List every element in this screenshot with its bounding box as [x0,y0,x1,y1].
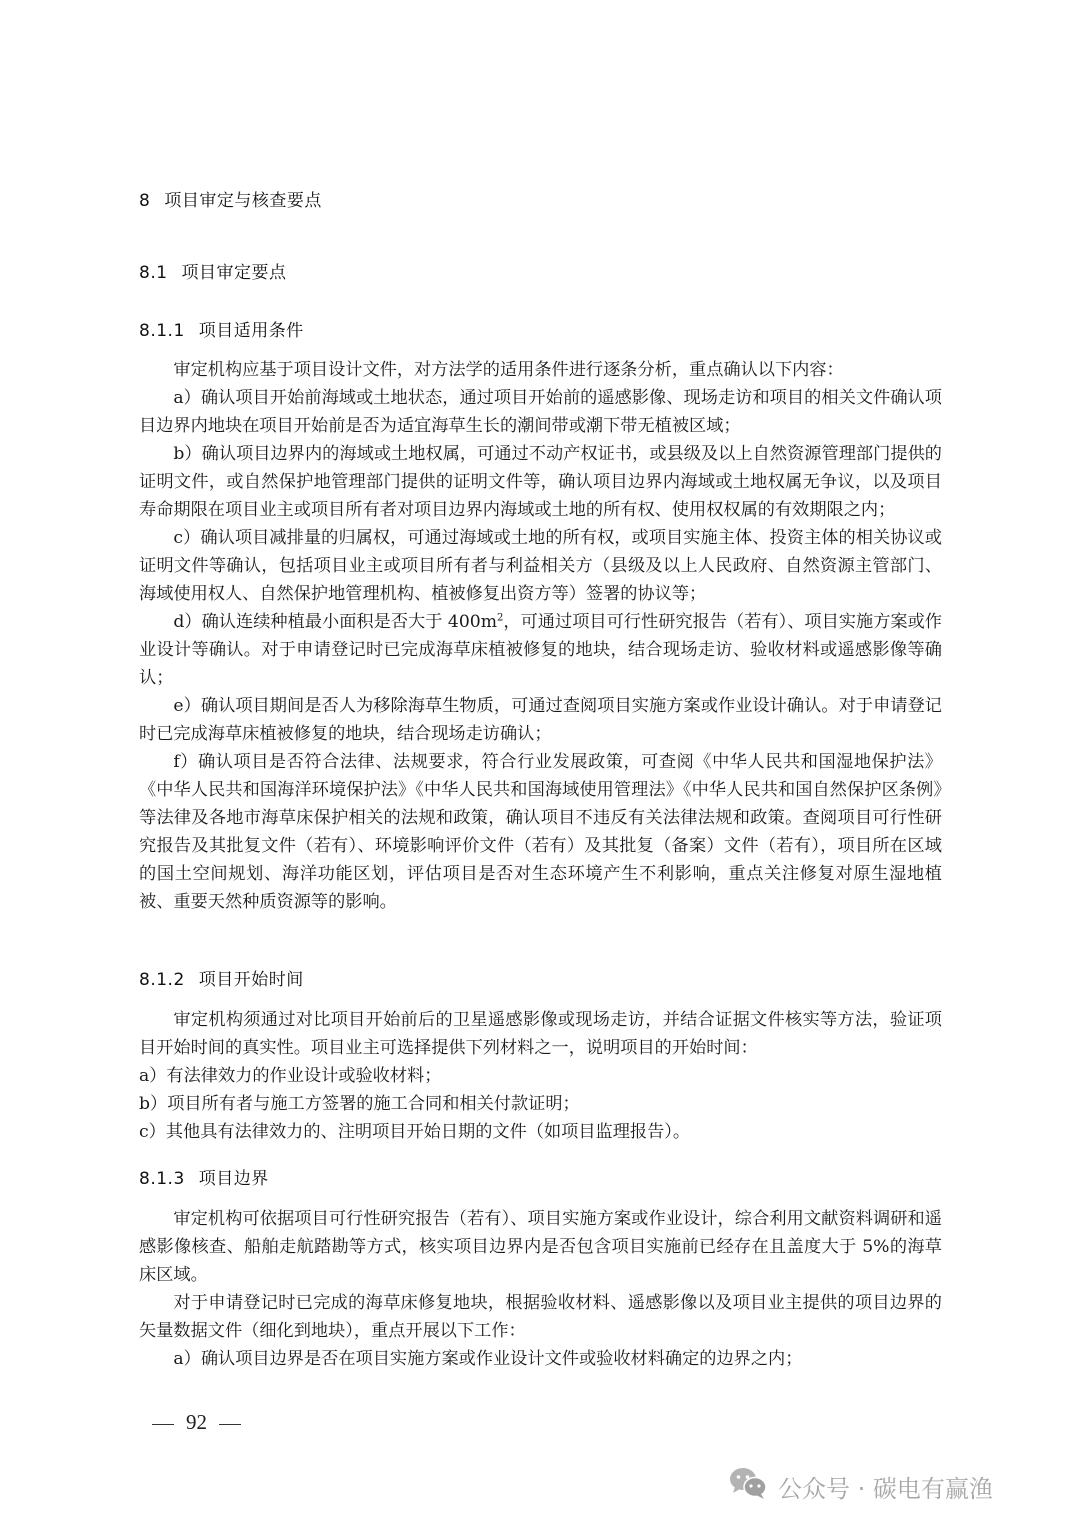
dash-right [219,1424,241,1425]
heading-number: 8.1 [139,263,168,283]
paragraph-2: 对于申请登记时已完成的海草床修复地块，根据验收材料、遥感影像以及项目业主提供的项… [139,1289,942,1345]
list-item-a: a）确认项目边界是否在项目实施方案或作业设计文件或验收材料确定的边界之内； [139,1345,942,1373]
list-item-b: b）项目所有者与施工方签署的施工合同和相关付款证明； [139,1090,942,1118]
heading-title: 项目开始时间 [199,970,304,990]
list-item-a: a）有法律效力的作业设计或验收材料； [139,1062,942,1090]
wechat-icon [728,1466,778,1506]
list-item-c: c）确认项目减排量的归属权，可通过海域或土地的所有权，或项目实施主体、投资主体的… [139,524,942,608]
heading-title: 项目审定与核查要点 [164,191,322,211]
list-item-a: a）确认项目开始前海域或土地状态，通过项目开始前的遥感影像、现场走访和项目的相关… [139,384,942,440]
heading-title: 项目审定要点 [182,263,287,283]
page-number-value: 92 [186,1410,207,1434]
list-item-e: e）确认项目期间是否人为移除海草生物质，可通过查阅项目实施方案或作业设计确认。对… [139,692,942,748]
heading-8: 8项目审定与核查要点 [139,186,322,211]
heading-title: 项目适用条件 [199,321,304,341]
list-item-c: c）其他具有法律效力的、注明项目开始日期的文件（如项目监理报告）。 [139,1118,942,1146]
heading-number: 8.1.2 [139,970,185,990]
watermark-text: 公众号 · 碳电有赢渔 [778,1469,993,1504]
list-item-f: f）确认项目是否符合法律、法规要求，符合行业发展政策，可查阅《中华人民共和国湿地… [139,748,942,916]
section-8-1-2-body: 审定机构须通过对比项目开始前后的卫星遥感影像或现场走访，并结合证据文件核实等方法… [139,1006,942,1146]
list-item-b: b）确认项目边界内的海域或土地权属，可通过不动产权证书，或县级及以上自然资源管理… [139,440,942,524]
heading-number: 8.1.1 [139,321,185,341]
paragraph-intro: 审定机构应基于项目设计文件，对方法学的适用条件进行逐条分析，重点确认以下内容： [139,356,942,384]
section-8-1-3-body: 审定机构可依据项目可行性研究报告（若有）、项目实施方案或作业设计，综合利用文献资… [139,1205,942,1373]
heading-8-1-2: 8.1.2项目开始时间 [139,965,304,990]
paragraph-intro: 审定机构须通过对比项目开始前后的卫星遥感影像或现场走访，并结合证据文件核实等方法… [139,1006,942,1062]
heading-8-1-3: 8.1.3项目边界 [139,1164,269,1189]
list-item-d: d）确认连续种植最小面积是否大于 400m2，可通过项目可行性研究报告（若有）、… [139,608,942,692]
heading-8-1-1: 8.1.1项目适用条件 [139,316,304,341]
section-8-1-1-body: 审定机构应基于项目设计文件，对方法学的适用条件进行逐条分析，重点确认以下内容： … [139,356,942,916]
heading-8-1: 8.1项目审定要点 [139,258,287,283]
dash-left [152,1424,174,1425]
page-number: 92 [140,1410,253,1435]
list-item-d-text-before: d）确认连续种植最小面积是否大于 400m [173,612,497,632]
paragraph-1: 审定机构可依据项目可行性研究报告（若有）、项目实施方案或作业设计，综合利用文献资… [139,1205,942,1289]
heading-number: 8.1.3 [139,1169,185,1189]
heading-number: 8 [139,191,150,211]
heading-title: 项目边界 [199,1169,269,1189]
document-page: 8项目审定与核查要点 8.1项目审定要点 8.1.1项目适用条件 审定机构应基于… [0,0,1080,1528]
watermark: 公众号 · 碳电有赢渔 [728,1466,993,1506]
